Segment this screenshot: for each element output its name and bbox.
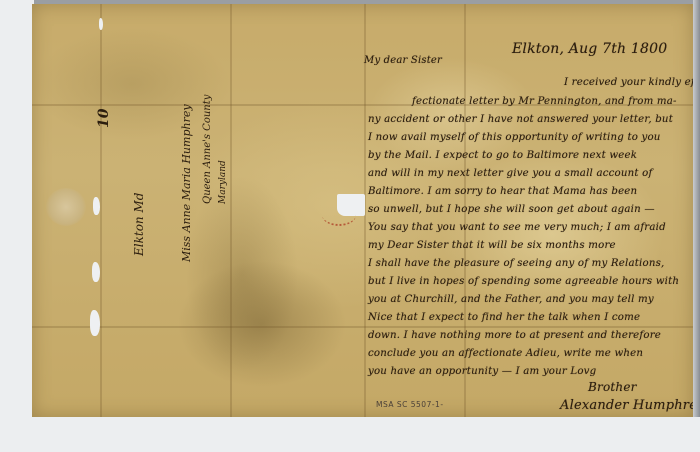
letter-line: by the Mail. I expect to go to Baltimore… [368, 150, 637, 161]
letter-line: you at Churchill, and the Father, and yo… [368, 294, 654, 305]
letter-line: Baltimore. I am sorry to hear that Mama … [368, 186, 637, 197]
letter-salutation: My dear Sister [364, 55, 442, 66]
letter-line: but I live in hopes of spending some agr… [368, 276, 679, 287]
fold-line [230, 4, 232, 417]
fold-line [32, 326, 693, 328]
letter-signature: Alexander Humphrey [560, 398, 693, 413]
wax-seal-mark [46, 188, 86, 226]
letter-dateline: Elkton, Aug 7th 1800 [512, 41, 667, 57]
paper-hole [90, 310, 100, 336]
address-postage: 10 [96, 109, 112, 128]
address-county: Queen Anne's County [202, 95, 213, 204]
letter-line: you have an opportunity — I am your Lovg [368, 366, 596, 377]
letter-line: so unwell, but I hope she will soon get … [368, 204, 655, 215]
letter-line: I now avail myself of this opportunity o… [368, 132, 661, 143]
letter-line: and will in my next letter give you a sm… [368, 168, 652, 179]
paper-hole [99, 18, 103, 30]
letter-line: conclude you an affectionate Adieu, writ… [368, 348, 643, 359]
paper-hole [93, 197, 100, 215]
letter-line: down. I have nothing more to at present … [368, 330, 661, 341]
address-recipient: Miss Anne Maria Humphrey [180, 104, 193, 262]
letter-line: fectionate letter by Mr Pennington, and … [412, 96, 677, 107]
letter-line: I shall have the pleasure of seeing any … [368, 258, 664, 269]
red-ink-marks [322, 204, 356, 226]
paper-hole [92, 262, 100, 282]
letter-line: ny accident or other I have not answered… [368, 114, 673, 125]
address-state: Maryland [218, 160, 228, 204]
letter-line: I received your kindly ef- [564, 77, 693, 88]
letter-page: Elkton Md 10 Miss Anne Maria Humphrey Qu… [32, 4, 693, 417]
letter-line: my Dear Sister that it will be six month… [368, 240, 616, 251]
archive-catalog-number: MSA SC 5507-1- [376, 400, 444, 409]
fold-line [100, 4, 102, 417]
letter-line: Nice that I expect to find her the talk … [368, 312, 640, 323]
scan-edge-right [693, 0, 700, 417]
letter-closing: Brother [588, 380, 637, 394]
letter-line: You say that you want to see me very muc… [368, 222, 666, 233]
address-postmark: Elkton Md [132, 193, 146, 256]
